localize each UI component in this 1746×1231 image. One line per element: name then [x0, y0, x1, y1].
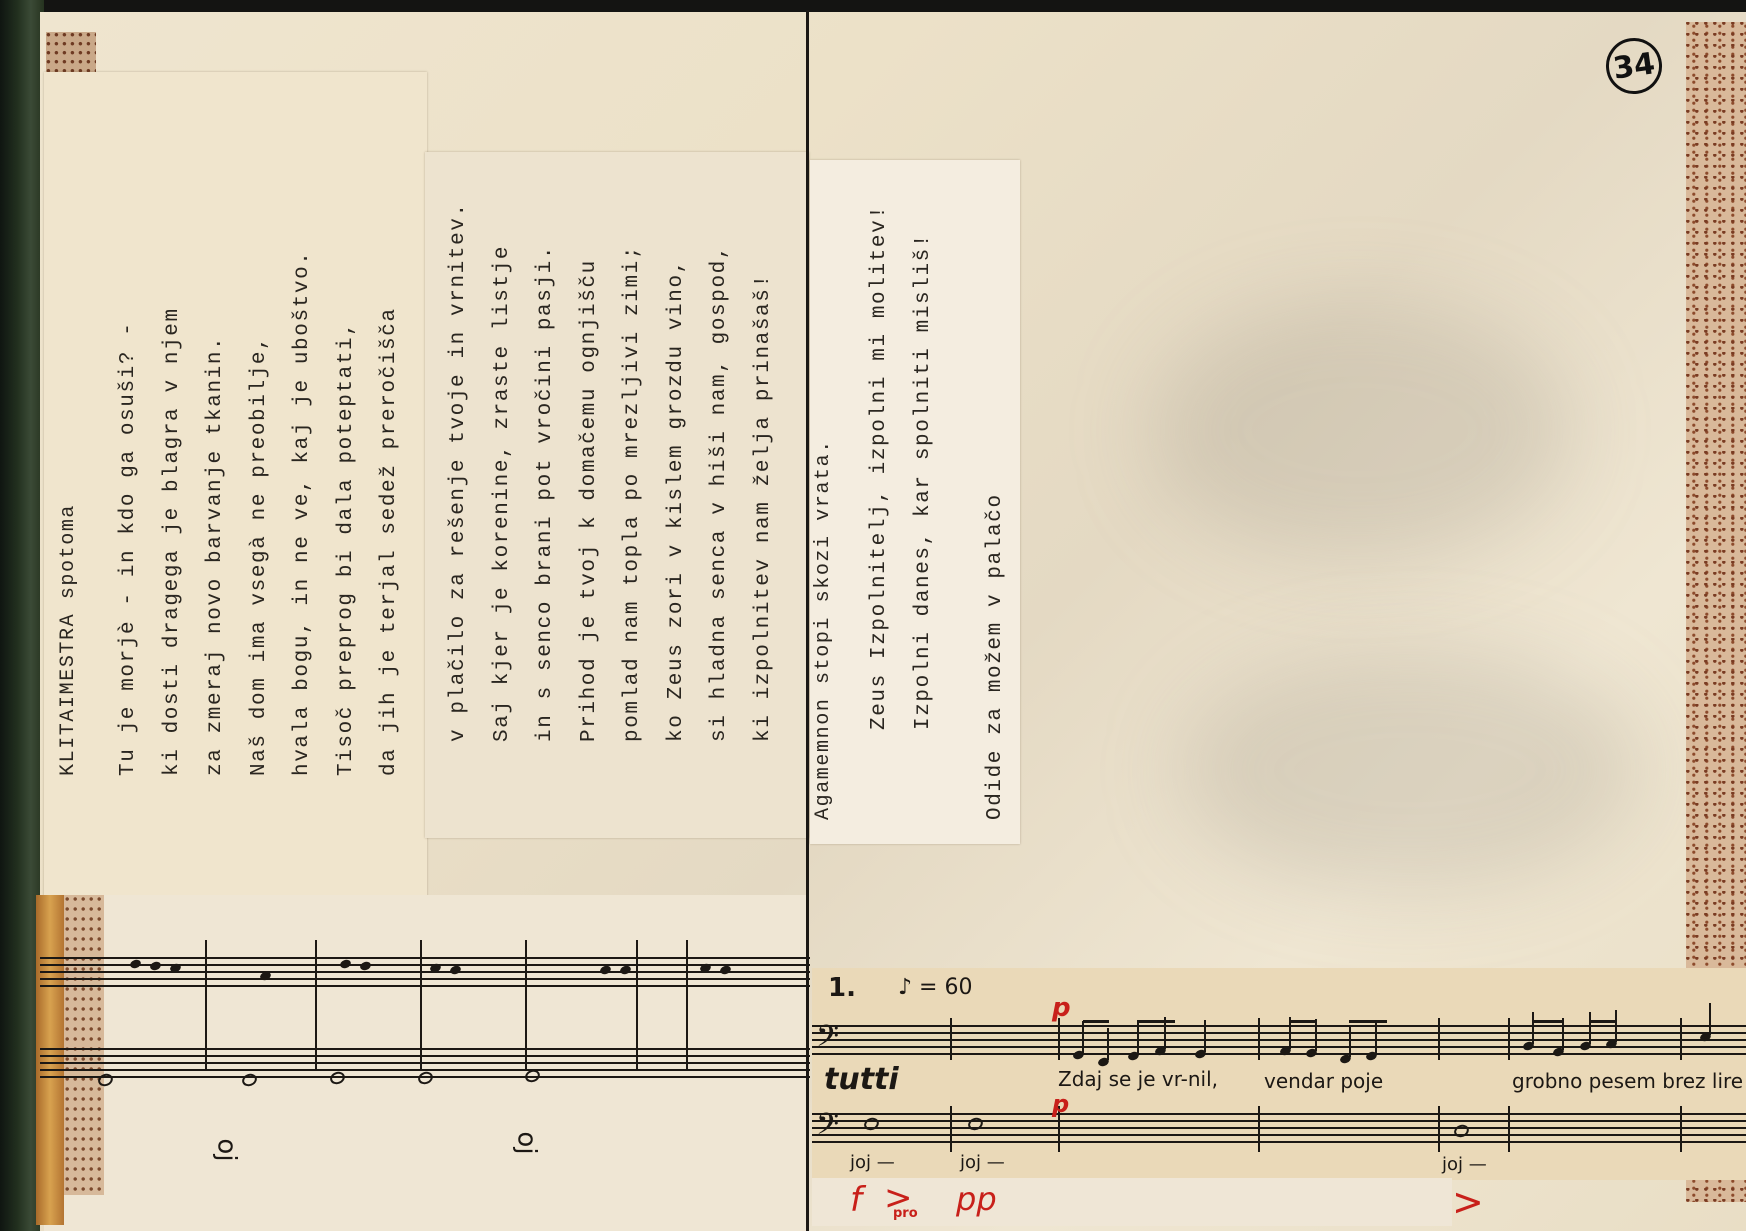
beam — [1137, 1020, 1175, 1023]
stage-direction: Agamemnon stopi skozi vrata. — [812, 439, 835, 820]
verse-line: Tisoč preprog bi dala poteptati, — [335, 322, 358, 776]
barline — [1680, 1018, 1682, 1060]
stain — [46, 32, 96, 74]
verse-line: in s senco brani pot vročini pasji. — [534, 245, 557, 742]
verse-line: Zeus Izpolnitelj, izpolni mi molitev! — [868, 205, 891, 730]
note-stem — [1315, 1019, 1317, 1051]
barline — [315, 940, 317, 1070]
verse-line: ki dosti dragega je blagra v njem — [161, 307, 184, 776]
verse-line: Tu je morjè - in kdo ga osuši? - — [117, 322, 140, 776]
note-stem — [1107, 1028, 1109, 1060]
beam — [1532, 1020, 1564, 1023]
note-stem — [1615, 1010, 1617, 1042]
barline — [686, 940, 688, 1070]
note-stem — [1137, 1022, 1139, 1054]
bass-clef-icon: 𝄢 — [816, 1020, 839, 1062]
beam — [1289, 1020, 1317, 1023]
shadow — [1180, 650, 1640, 890]
voice-label: tutti — [824, 1062, 899, 1097]
barline — [1508, 1018, 1510, 1060]
dynamic-marking: f — [850, 1180, 862, 1220]
lyric: Zdaj se je vr-nil, — [1058, 1067, 1218, 1091]
lyric: joj — — [1442, 1154, 1487, 1175]
lyric: joj — — [850, 1152, 895, 1173]
beam — [1589, 1020, 1617, 1023]
page-fold-line — [806, 10, 809, 1231]
barline — [950, 1106, 952, 1152]
verse-line: si hladna senca v hiši nam, gospod, — [708, 245, 731, 742]
heading: KLITAIMESTRA spotoma — [57, 504, 80, 776]
verse-line: Izpolni danes, kar spolniti misliš! — [912, 233, 935, 730]
beam — [1083, 1020, 1109, 1023]
note-stem — [1349, 1025, 1351, 1057]
staff-lower-right — [812, 1113, 1746, 1143]
barline — [636, 940, 638, 1070]
note-stem — [1532, 1012, 1534, 1044]
barline — [1258, 1106, 1260, 1152]
barline — [420, 940, 422, 1070]
barline — [525, 940, 527, 1070]
lyric: oj — [212, 1138, 242, 1161]
verse-line: ko Zeus zori v kislem grozdu vino, — [665, 259, 688, 742]
lyric: joj — — [960, 1152, 1005, 1173]
barline — [1058, 1018, 1060, 1060]
note-stem — [1204, 1020, 1206, 1052]
verse-line: Saj kjer je korenine, zraste listje — [491, 245, 514, 742]
note-stem — [1709, 1003, 1711, 1035]
dynamic-marking: p — [1052, 1090, 1069, 1118]
verse-line: Prihod je tvoj k domačemu ognjišču — [578, 259, 601, 742]
verse-line: hvala bogu, in ne ve, kaj je uboštvo. — [291, 251, 314, 776]
barline — [1680, 1106, 1682, 1152]
lyric: grobno pesem brez lire — [1512, 1069, 1743, 1093]
verse-line: za zmeraj novo barvanje tkanin. — [204, 336, 227, 776]
verse-line: ki izpolnitev nam želja prinašaš! — [752, 273, 775, 742]
barline — [205, 940, 207, 1070]
note-stem — [1082, 1021, 1084, 1053]
annotation: pro — [893, 1206, 918, 1221]
note-stem — [1589, 1012, 1591, 1044]
dynamic-marking: p — [1052, 993, 1071, 1023]
barline — [1258, 1018, 1260, 1060]
dynamic-marking: pp — [956, 1180, 997, 1218]
note-stem — [1375, 1022, 1377, 1054]
verse-line: v plačilo za rešenje tvoje in vrnitev. — [447, 202, 470, 742]
barline — [1438, 1018, 1440, 1060]
verse-line: Naš dom ima vsegà ne preobilje, — [248, 336, 271, 776]
piece-number: 1. — [828, 973, 856, 1003]
barline — [1508, 1106, 1510, 1152]
lyric: vendar poje — [1264, 1069, 1383, 1093]
barline — [1438, 1106, 1440, 1152]
beam — [1349, 1020, 1387, 1023]
accent-marking: > — [1452, 1180, 1484, 1224]
stain — [64, 895, 104, 1195]
tempo-marking: ♪ = 60 — [898, 975, 972, 1000]
verse-line: pomlad nam topla po mrezljivi zimi; — [621, 245, 644, 742]
bass-clef-icon: 𝄢 — [816, 1108, 839, 1150]
stage-direction: Odide za možem v palačo — [984, 493, 1007, 820]
typed-slip-stanza-1 — [44, 72, 427, 897]
lyric: oj — [512, 1131, 542, 1154]
shadow — [1150, 300, 1570, 560]
verse-line: da jih je terjal sedež preročišča — [378, 307, 401, 776]
barline — [950, 1018, 952, 1060]
